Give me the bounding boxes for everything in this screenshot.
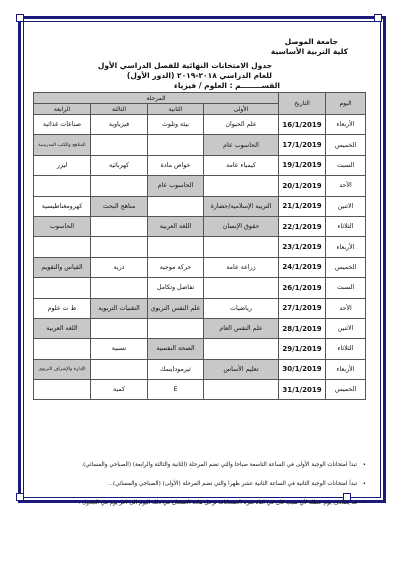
header-second: الثانية — [148, 104, 204, 115]
cell-date: 21/1/2019 — [279, 196, 326, 216]
cell-second: E — [148, 380, 204, 400]
cell-date: 24/1/2019 — [279, 257, 326, 277]
table-row: الخميس 24/1/2019 زراعة عامة حركة موجية ذ… — [34, 257, 366, 277]
cell-fourth — [34, 278, 91, 298]
cell-first — [204, 237, 279, 257]
table-row: الأحد 20/1/2019 الحاسوب عام — [34, 176, 366, 196]
cell-date: 16/1/2019 — [279, 115, 326, 135]
cell-first — [204, 278, 279, 298]
cell-third — [91, 359, 148, 379]
table-row: الأربعاء 16/1/2019 علم الحيوان بيئة وتلو… — [34, 115, 366, 135]
cell-first — [204, 339, 279, 359]
cell-third — [91, 237, 148, 257]
cell-date: 31/1/2019 — [279, 380, 326, 400]
cell-third — [91, 216, 148, 236]
cell-second: تفاضل وتكامل — [148, 278, 204, 298]
cell-first: الحاسوب عام — [204, 135, 279, 155]
cell-day: الأربعاء — [326, 237, 366, 257]
cell-day: الثلاثاء — [326, 216, 366, 236]
cell-third — [91, 278, 148, 298]
cell-third: نسبية — [91, 339, 148, 359]
cell-fourth — [34, 380, 91, 400]
note-text: تبدأ امتحانات الوجبة الأولى في الساعة ال… — [81, 462, 357, 468]
table-row: الثلاثاء 29/1/2019 الصحة النفسية نسبية — [34, 339, 366, 359]
exam-schedule-table: اليوم التاريخ المرحلة الأولى الثانية الث… — [33, 92, 366, 400]
cell-first: التربية الإسلامية/حضارة — [204, 196, 279, 216]
cell-day: السبت — [326, 278, 366, 298]
cell-fourth: صناعات غذائية — [34, 115, 91, 135]
table-row: الاثنين 28/1/2019 علم النفس العام اللغة … — [34, 318, 366, 338]
cell-second: اللغة العربية — [148, 216, 204, 236]
cell-first: علم الحيوان — [204, 115, 279, 135]
cell-second — [148, 196, 204, 216]
cell-third — [91, 135, 148, 155]
university-name: جامعة الموصل — [285, 37, 338, 47]
border-corner-ornament — [16, 14, 24, 22]
cell-fourth — [34, 176, 91, 196]
cell-fourth: اللغة العربية — [34, 318, 91, 338]
cell-date: 27/1/2019 — [279, 298, 326, 318]
cell-second: بيئة وتلوث — [148, 115, 204, 135]
cell-second: خواص مادة — [148, 155, 204, 175]
header-fourth: الرابعة — [34, 104, 91, 115]
cell-day: الاثنين — [326, 318, 366, 338]
cell-third — [91, 176, 148, 196]
table-row: الأربعاء 23/1/2019 — [34, 237, 366, 257]
cell-day: الخميس — [326, 257, 366, 277]
cell-first: حقوق الإنسان — [204, 216, 279, 236]
cell-fourth — [34, 339, 91, 359]
cell-fourth: ط ت علوم — [34, 298, 91, 318]
table-row: الاثنين 21/1/2019 التربية الإسلامية/حضار… — [34, 196, 366, 216]
cell-first — [204, 176, 279, 196]
cell-third: مناهج البحث — [91, 196, 148, 216]
cell-second: الحاسوب عام — [148, 176, 204, 196]
cell-second — [148, 237, 204, 257]
cell-date: 17/1/2019 — [279, 135, 326, 155]
cell-third: كهربائية — [91, 155, 148, 175]
cell-date: 20/1/2019 — [279, 176, 326, 196]
note-item: • تبدأ امتحانات الوجبة الثانية في الساعة… — [36, 481, 366, 487]
cell-date: 22/1/2019 — [279, 216, 326, 236]
table-row: الأربعاء 30/1/2019 تعليم الأساس ثيرموداي… — [34, 359, 366, 379]
cell-third: التقنيات التربوية — [91, 298, 148, 318]
cell-fourth — [34, 237, 91, 257]
cell-day: الأحد — [326, 298, 366, 318]
header-stage: المرحلة — [34, 93, 279, 104]
cell-first: رياضيات — [204, 298, 279, 318]
cell-date: 26/1/2019 — [279, 278, 326, 298]
cell-date: 23/1/2019 — [279, 237, 326, 257]
cell-first: زراعة عامة — [204, 257, 279, 277]
header-date: التاريخ — [279, 93, 326, 115]
bullet-icon: • — [363, 500, 366, 506]
cell-second: حركة موجية — [148, 257, 204, 277]
bullet-icon: • — [363, 462, 366, 468]
cell-day: الاثنين — [326, 196, 366, 216]
cell-second — [148, 135, 204, 155]
cell-first: تعليم الأساس — [204, 359, 279, 379]
note-text: تبدأ امتحانات الوجبة الثانية في الساعة ا… — [108, 481, 357, 487]
cell-second — [148, 318, 204, 338]
cell-date: 30/1/2019 — [279, 359, 326, 379]
cell-first: كيمياء عامة — [204, 155, 279, 175]
cell-fourth: القياس والتقويم — [34, 257, 91, 277]
header-first: الأولى — [204, 104, 279, 115]
note-text: قد يصادف يوم عطلة لأي سبب كان في اثناء ف… — [79, 500, 357, 506]
cell-fourth: كهرومغناطيسية — [34, 196, 91, 216]
cell-first: علم النفس العام — [204, 318, 279, 338]
cell-first — [204, 380, 279, 400]
cell-third: ذرية — [91, 257, 148, 277]
note-item: • تبدأ امتحانات الوجبة الأولى في الساعة … — [36, 462, 366, 468]
document-title: جدول الامتحانات النهائية للفصل الدراسي ا… — [98, 61, 272, 71]
header-day: اليوم — [326, 93, 366, 115]
bullet-icon: • — [363, 481, 366, 487]
cell-fourth: الحاسوب — [34, 216, 91, 236]
border-corner-ornament — [374, 14, 382, 22]
cell-date: 29/1/2019 — [279, 339, 326, 359]
note-item: • قد يصادف يوم عطلة لأي سبب كان في اثناء… — [36, 500, 366, 506]
table-row: الخميس 17/1/2019 الحاسوب عام المناهج وال… — [34, 135, 366, 155]
cell-fourth: المناهج والكتب المدرسية — [34, 135, 91, 155]
academic-year: للعام الدراسي ٢٠١٨-٢٠١٩ (الدور الأول) — [127, 71, 272, 81]
cell-day: الثلاثاء — [326, 339, 366, 359]
cell-third: فيزياوية — [91, 115, 148, 135]
college-name: كلية التربية الأساسية — [271, 47, 348, 57]
cell-third — [91, 318, 148, 338]
cell-second: ثيرموداينمك — [148, 359, 204, 379]
cell-day: الخميس — [326, 135, 366, 155]
table-row: الخميس 31/1/2019 E كمية — [34, 380, 366, 400]
cell-date: 28/1/2019 — [279, 318, 326, 338]
cell-day: الخميس — [326, 380, 366, 400]
notes-list: • تبدأ امتحانات الوجبة الأولى في الساعة … — [36, 462, 366, 519]
table-row: السبت 19/1/2019 كيمياء عامة خواص مادة كه… — [34, 155, 366, 175]
cell-day: الأحد — [326, 176, 366, 196]
cell-day: السبت — [326, 155, 366, 175]
border-corner-ornament — [16, 493, 24, 501]
table-row: السبت 26/1/2019 تفاضل وتكامل — [34, 278, 366, 298]
cell-fourth: ليزر — [34, 155, 91, 175]
cell-date: 19/1/2019 — [279, 155, 326, 175]
cell-third: كمية — [91, 380, 148, 400]
cell-second: الصحة النفسية — [148, 339, 204, 359]
header-third: الثالثة — [91, 104, 148, 115]
cell-fourth: الإدارة والإشراف التربوي — [34, 359, 91, 379]
table-row: الأحد 27/1/2019 رياضيات علم النفس التربو… — [34, 298, 366, 318]
cell-second: علم النفس التربوي — [148, 298, 204, 318]
cell-day: الأربعاء — [326, 359, 366, 379]
cell-day: الأربعاء — [326, 115, 366, 135]
table-row: الثلاثاء 22/1/2019 حقوق الإنسان اللغة ال… — [34, 216, 366, 236]
department-line: القســــــــم : العلوم / فيزياء — [174, 81, 280, 91]
